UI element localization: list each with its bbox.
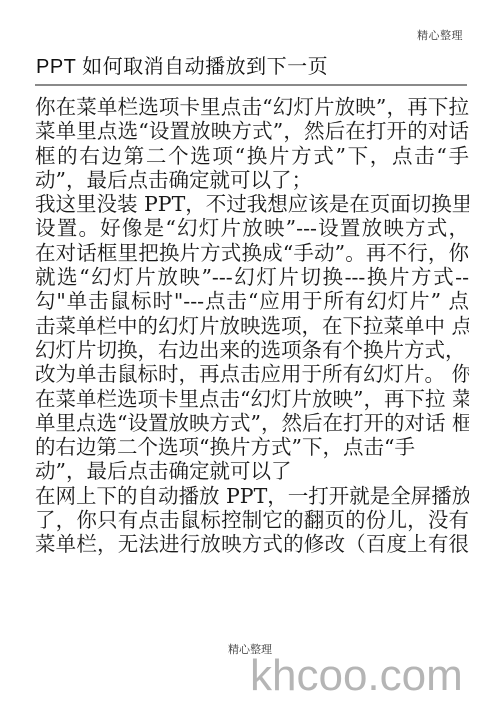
body-line: 动”，最后点击确定就可以了 <box>35 459 469 483</box>
body-line: 在网上下的自动播放 PPT，一打开就是全屏播放 <box>35 484 469 508</box>
body-line: 就选“幻灯片放映”---幻灯片切换---换片方式-- <box>35 265 469 289</box>
body-line: 在对话框里把换片方式换成“手动”。再不行，你 <box>35 241 469 265</box>
title-divider <box>35 84 467 86</box>
body-line: 单里点选“设置放映方式”，然后在打开的对话 框 <box>35 411 469 435</box>
body-line: 改为单击鼠标时，再点击应用于所有幻灯片。 你 <box>35 362 469 386</box>
body-line: 了，你只有点击鼠标控制它的翻页的份儿，没有 <box>35 508 469 532</box>
body-line: 勾"单击鼠标时"---点击“应用于所有幻灯片” 点 <box>35 289 469 313</box>
document-title: PPT 如何取消自动播放到下一页 <box>36 50 328 79</box>
body-line: 幻灯片切换，右边出来的选项条有个换片方式， <box>35 338 469 362</box>
body-line: 你在菜单栏选项卡里点击“幻灯片放映”，再下拉 <box>35 95 469 119</box>
body-line: 我这里没装 PPT，不过我想应该是在页面切换里 <box>35 192 469 216</box>
body-line: 动”，最后点击确定就可以了； <box>35 168 469 192</box>
header-note: 精心整理 <box>417 27 463 43</box>
body-line: 在菜单栏选项卡里点击“幻灯片放映”，再下拉 菜 <box>35 387 469 411</box>
body-line: 菜单栏，无法进行放映方式的修改（百度上有很 <box>35 532 469 556</box>
document-body: 你在菜单栏选项卡里点击“幻灯片放映”，再下拉 菜单里点选“设置放映方式”，然后在… <box>35 95 469 557</box>
body-line: 菜单里点选“设置放映方式”，然后在打开的对话 <box>35 119 469 143</box>
body-line: 的右边第二个选项“换片方式”下，点击“手 <box>35 435 469 459</box>
body-line: 框的右边第二个选项“换片方式”下，点击“手 <box>35 144 469 168</box>
body-line: 击菜单栏中的幻灯片放映选项，在下拉菜单中 点 <box>35 314 469 338</box>
site-watermark: khcoo.com <box>250 651 463 701</box>
body-line: 设置。好像是“幻灯片放映”---设置放映方式， <box>35 216 469 240</box>
